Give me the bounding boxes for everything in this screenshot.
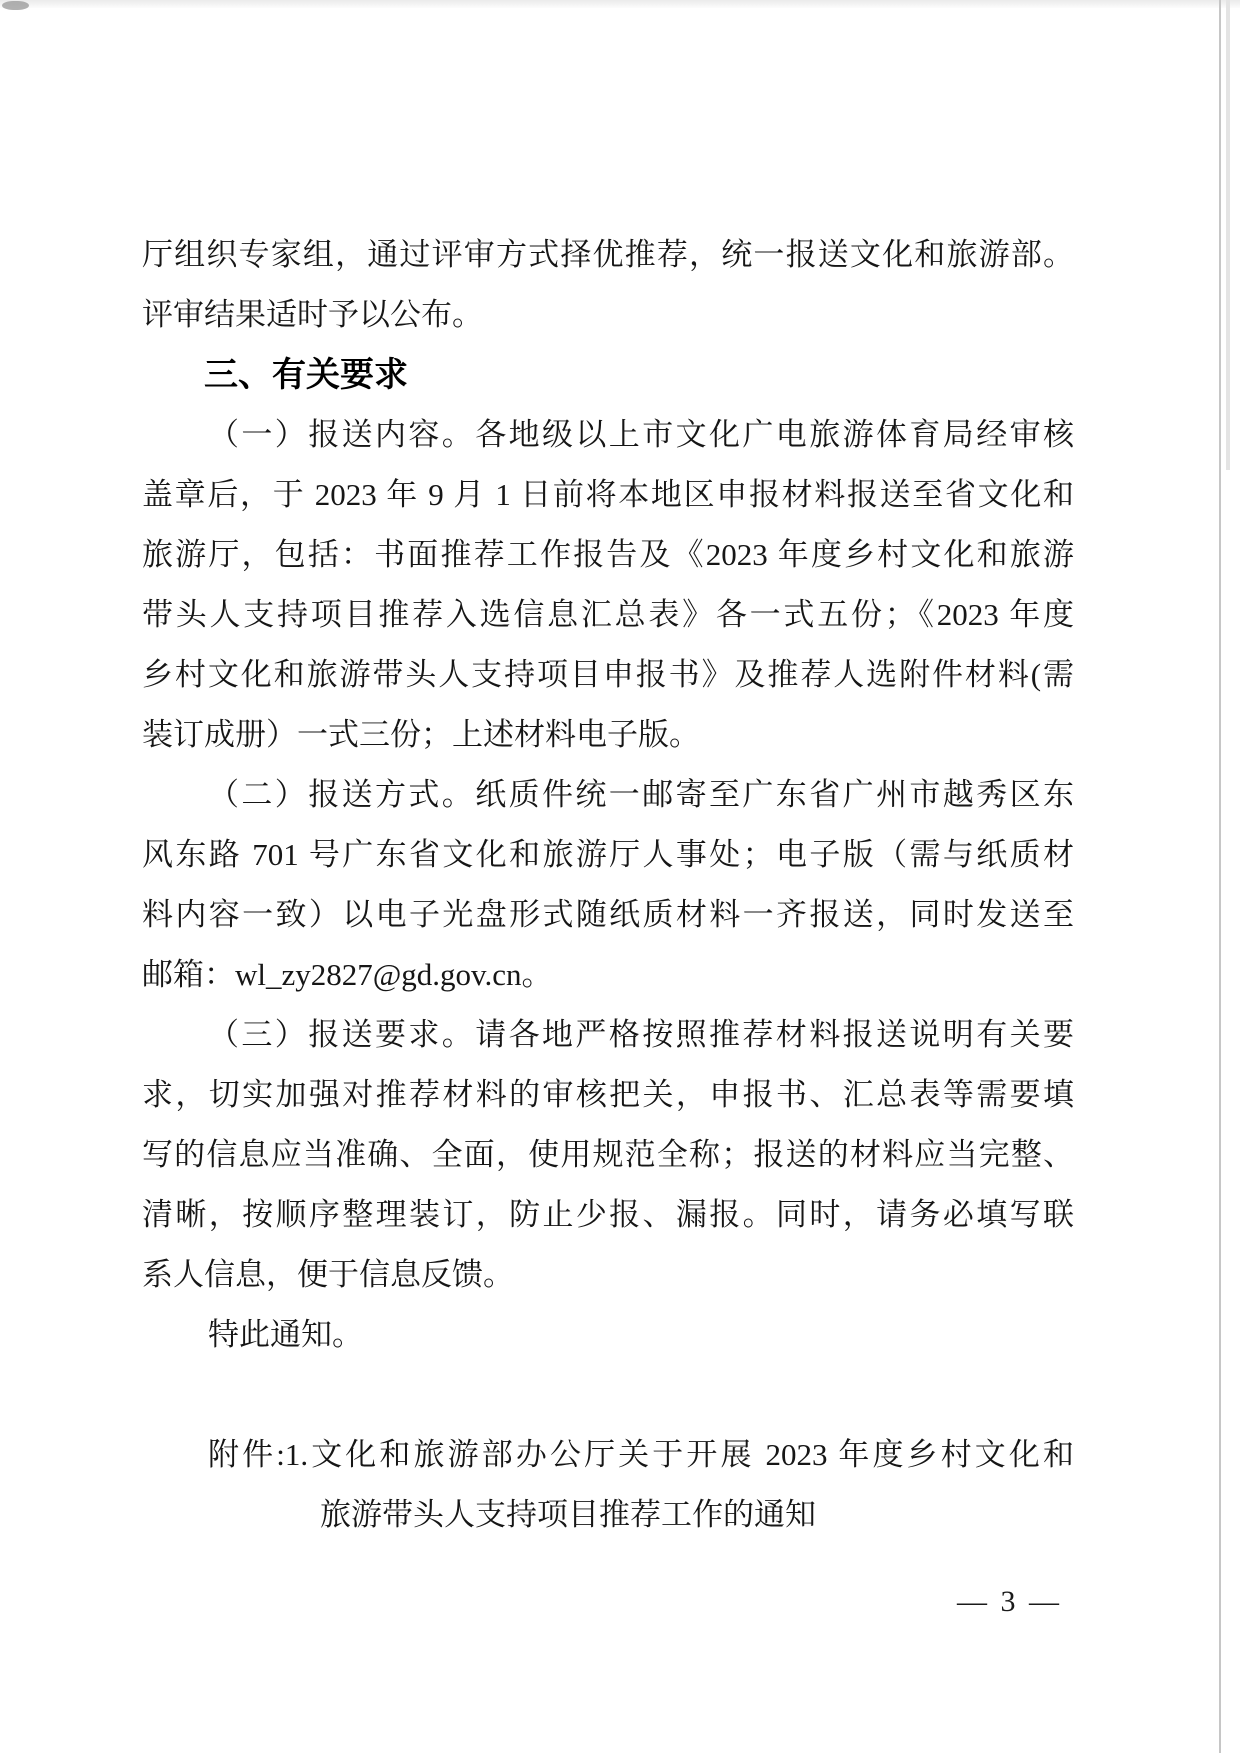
document-line: 评审结果适时予以公布。 <box>142 285 1074 345</box>
scan-top-shadow <box>0 0 1240 8</box>
document-line: 带头人支持项目推荐入选信息汇总表》各一式五份；《2023 年度 <box>142 585 1074 645</box>
page-number: — 3 — <box>957 1578 1062 1626</box>
document-line: 系人信息，便于信息反馈。 <box>142 1245 1074 1305</box>
document-line: 旅游厅，包括：书面推荐工作报告及《2023 年度乡村文化和旅游 <box>142 525 1074 585</box>
document-line: 厅组织专家组，通过评审方式择优推荐，统一报送文化和旅游部。 <box>142 225 1074 285</box>
document-line: 料内容一致）以电子光盘形式随纸质材料一齐报送，同时发送至 <box>142 885 1074 945</box>
document-line: 清晰，按顺序整理装订，防止少报、漏报。同时，请务必填写联 <box>142 1185 1074 1245</box>
scan-edge-line-soft <box>1226 0 1230 470</box>
document-body: 厅组织专家组，通过评审方式择优推荐，统一报送文化和旅游部。评审结果适时予以公布。… <box>142 225 1074 1545</box>
document-line <box>142 1365 1074 1425</box>
scan-corner-smudge <box>2 1 29 10</box>
document-page: 厅组织专家组，通过评审方式择优推荐，统一报送文化和旅游部。评审结果适时予以公布。… <box>0 0 1240 1753</box>
document-line: 三、有关要求 <box>142 345 1074 405</box>
document-line: 装订成册）一式三份；上述材料电子版。 <box>142 705 1074 765</box>
document-line: 附件:1.文化和旅游部办公厅关于开展 2023 年度乡村文化和 <box>142 1425 1074 1485</box>
document-line: （三）报送要求。请各地严格按照推荐材料报送说明有关要 <box>142 1005 1074 1065</box>
document-line: 写的信息应当准确、全面，使用规范全称；报送的材料应当完整、 <box>142 1125 1074 1185</box>
document-line: 盖章后，于 2023 年 9 月 1 日前将本地区申报材料报送至省文化和 <box>142 465 1074 525</box>
document-line: （一）报送内容。各地级以上市文化广电旅游体育局经审核 <box>142 405 1074 465</box>
scan-edge-line <box>1219 0 1221 1753</box>
document-line: 乡村文化和旅游带头人支持项目申报书》及推荐人选附件材料(需 <box>142 645 1074 705</box>
document-line: 风东路 701 号广东省文化和旅游厅人事处；电子版（需与纸质材 <box>142 825 1074 885</box>
document-line: 求，切实加强对推荐材料的审核把关，申报书、汇总表等需要填 <box>142 1065 1074 1125</box>
document-line: 邮箱：wl_zy2827@gd.gov.cn。 <box>142 945 1074 1005</box>
document-line: 旅游带头人支持项目推荐工作的通知 <box>142 1485 1074 1545</box>
document-line: （二）报送方式。纸质件统一邮寄至广东省广州市越秀区东 <box>142 765 1074 825</box>
document-line: 特此通知。 <box>142 1305 1074 1365</box>
